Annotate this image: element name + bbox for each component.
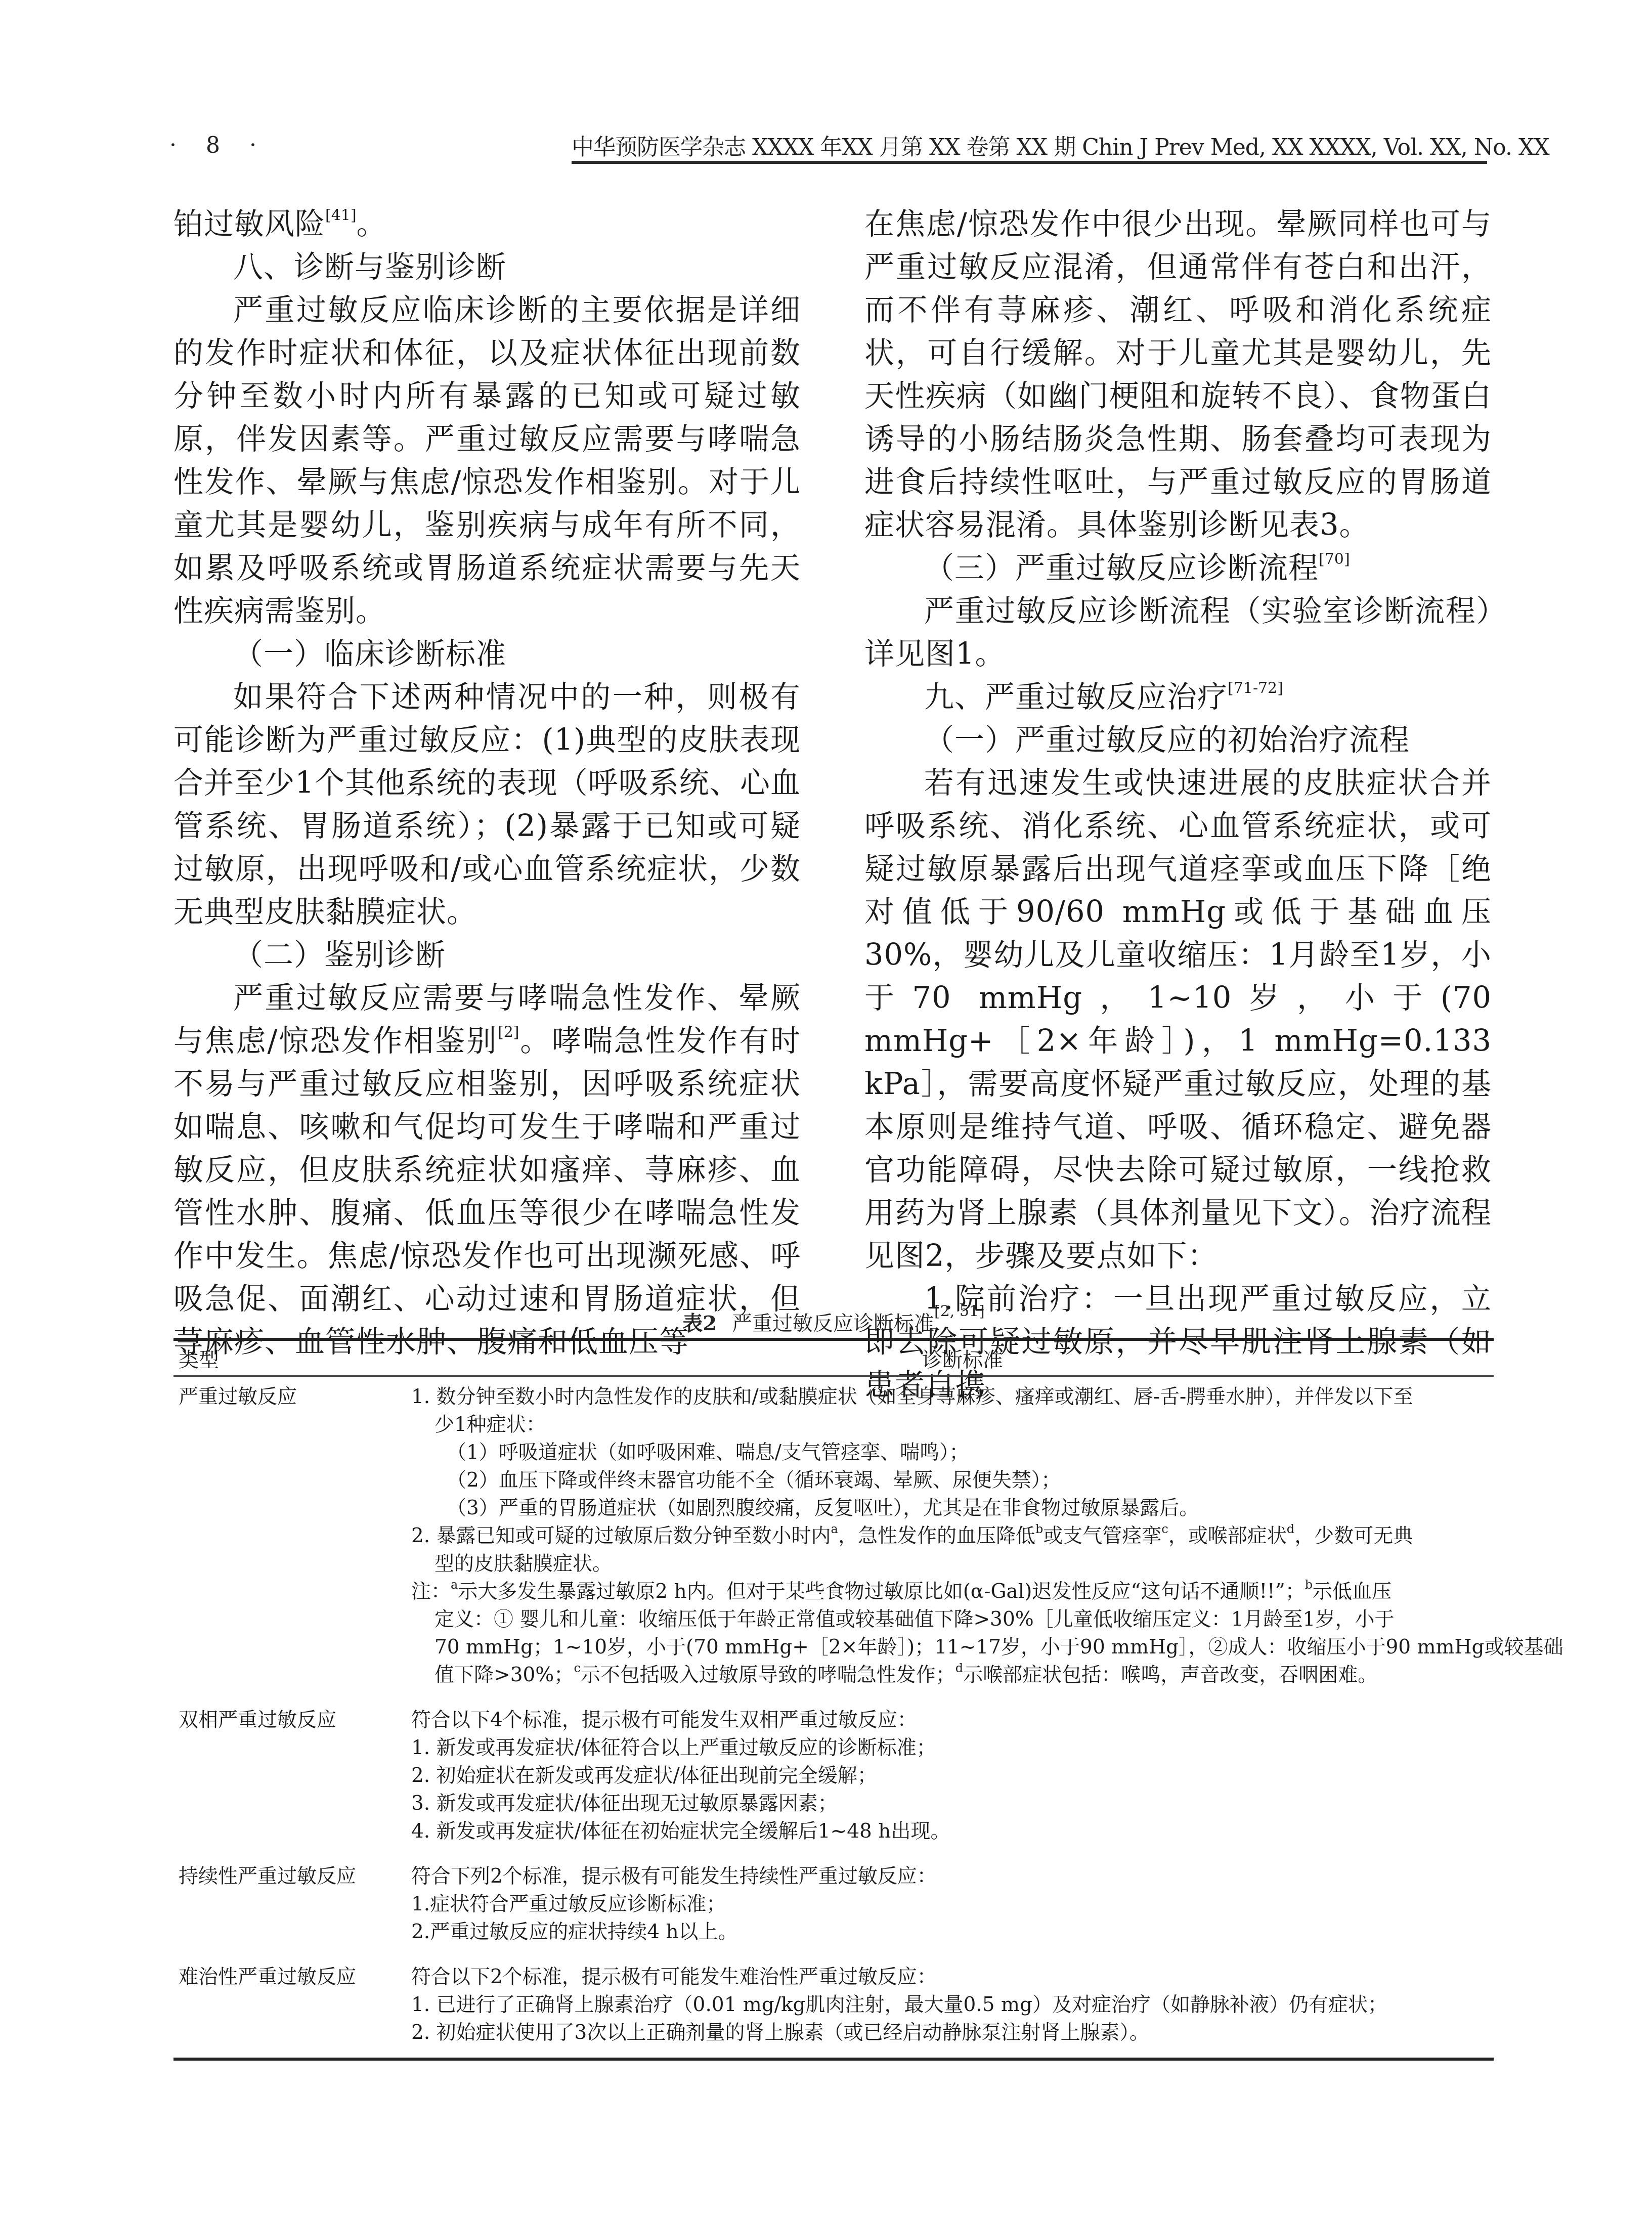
cell-type: 难治性严重过敏反应 [173,1963,411,2046]
cell-criteria: 符合以下4个标准，提示极有可能发生双相严重过敏反应：1. 新发或再发症状/体征符… [411,1706,1494,1845]
table-header-row: 类型 诊断标准 [173,1341,1494,1375]
column-header-criteria: 诊断标准 [431,1344,1494,1373]
paragraph-text: 严重过敏反应需要与哮喘急性发作、晕厥与焦虑/惊恐发作相鉴别 [173,980,801,1058]
criteria-line: 4. 新发或再发症状/体征在初始症状完全缓解后1~48 h出现。 [411,1817,1494,1845]
table-row: 持续性严重过敏反应符合下列2个标准，提示极有可能发生持续性严重过敏反应：1.症状… [173,1856,1494,1957]
table-bottom-rule [173,2058,1494,2061]
paragraph-text: （一）严重过敏反应的初始治疗流程 [924,722,1410,757]
left-paragraph: （二）鉴别诊断 [173,933,801,976]
criteria-line: 1. 已进行了正确肾上腺素治疗（0.01 mg/kg肌肉注射，最大量0.5 mg… [411,1991,1494,2019]
criteria-line: 70 mmHg；1~10岁，小于(70 mmHg+［2×年龄］)；11~17岁，… [411,1633,1563,1661]
page-header: · 8 · 中华预防医学杂志 XXXX 年XX 月第 XX 卷第 XX 期 Ch… [0,0,1652,162]
header-rule [572,161,1487,164]
left-paragraph: 严重过敏反应需要与哮喘急性发作、晕厥与焦虑/惊恐发作相鉴别[2]。哮喘急性发作有… [173,976,801,1363]
criteria-line: 1.症状符合严重过敏反应诊断标准； [411,1890,1494,1918]
criteria-line: 2.严重过敏反应的症状持续4 h以上。 [411,1918,1494,1946]
cell-criteria: 1. 数分钟至数小时内急性发作的皮肤和/或黏膜症状（如全身荨麻疹、瘙痒或潮红、唇… [411,1383,1563,1689]
table-number: 表2 [682,1312,717,1335]
paragraph-text: （二）鉴别诊断 [233,937,446,972]
table-row: 难治性严重过敏反应符合以下2个标准，提示极有可能发生难治性严重过敏反应：1. 已… [173,1957,1494,2058]
right-paragraph: 若有迅速发生或快速进展的皮肤症状合并呼吸系统、消化系统、心血管系统症状，或可疑过… [864,761,1492,1277]
right-column: 在焦虑/惊恐发作中很少出现。晕厥同样也可与严重过敏反应混淆，但通常伴有苍白和出汗… [864,202,1492,1406]
citation-ref: [2] [498,1023,519,1041]
right-paragraph: 九、严重过敏反应治疗[71-72] [864,675,1492,718]
journal-running-title: 中华预防医学杂志 XXXX 年XX 月第 XX 卷第 XX 期 Chin J P… [572,129,1487,161]
cell-type: 严重过敏反应 [173,1383,411,1689]
table-body: 严重过敏反应1. 数分钟至数小时内急性发作的皮肤和/或黏膜症状（如全身荨麻疹、瘙… [173,1377,1494,2058]
citation-ref: [41] [325,206,357,224]
criteria-line: 注：a示大多发生暴露过敏原2 h内。但对于某些食物过敏原比如(α-Gal)迟发性… [411,1578,1563,1605]
paragraph-text: 铂过敏风险 [173,206,325,241]
criteria-line: 2. 初始症状使用了3次以上正确剂量的肾上腺素（或已经启动静脉泵注射肾上腺素）。 [411,2019,1494,2046]
left-paragraph: 严重过敏反应临床诊断的主要依据是详细的发作时症状和体征，以及症状体征出现前数分钟… [173,288,801,632]
page-number: · 8 · [169,133,268,158]
criteria-line: 2. 暴露已知或可疑的过敏原后数分钟至数小时内a，急性发作的血压降低b或支气管痉… [411,1522,1563,1550]
criteria-line: （3）严重的胃肠道症状（如剧烈腹绞痛，反复呕吐），尤其是在非食物过敏原暴露后。 [411,1494,1563,1522]
paragraph-text: （三）严重过敏反应诊断流程 [924,550,1319,585]
paragraph-text: 如果符合下述两种情况中的一种，则极有可能诊断为严重过敏反应：(1)典型的皮肤表现… [173,679,801,929]
right-paragraph: （三）严重过敏反应诊断流程[70] [864,546,1492,589]
cell-type: 持续性严重过敏反应 [173,1862,411,1946]
cell-criteria: 符合以下2个标准，提示极有可能发生难治性严重过敏反应：1. 已进行了正确肾上腺素… [411,1963,1494,2046]
left-column: 铂过敏风险[41]。八、诊断与鉴别诊断严重过敏反应临床诊断的主要依据是详细的发作… [173,202,801,1363]
criteria-line: 符合下列2个标准，提示极有可能发生持续性严重过敏反应： [411,1862,1494,1890]
criteria-line: 符合以下2个标准，提示极有可能发生难治性严重过敏反应： [411,1963,1494,1991]
table-row: 双相严重过敏反应符合以下4个标准，提示极有可能发生双相严重过敏反应：1. 新发或… [173,1700,1494,1856]
left-paragraph: 铂过敏风险[41]。 [173,202,801,245]
criteria-line: （1）呼吸道症状（如呼吸困难、喘息/支气管痉挛、喘鸣）； [411,1438,1563,1466]
citation-ref: [70] [1319,550,1350,568]
paragraph-text: 在焦虑/惊恐发作中很少出现。晕厥同样也可与严重过敏反应混淆，但通常伴有苍白和出汗… [864,206,1492,542]
paragraph-text: 若有迅速发生或快速进展的皮肤症状合并呼吸系统、消化系统、心血管系统症状，或可疑过… [864,765,1492,1273]
table-caption: 表2严重过敏反应诊断标准[2, 51] [173,1307,1494,1336]
column-header-type: 类型 [173,1344,431,1373]
criteria-line: 2. 初始症状在新发或再发症状/体征出现前完全缓解； [411,1762,1494,1790]
paragraph-text: （一）临床诊断标准 [233,636,506,671]
criteria-line: 1. 数分钟至数小时内急性发作的皮肤和/或黏膜症状（如全身荨麻疹、瘙痒或潮红、唇… [411,1383,1563,1411]
criteria-line: 3. 新发或再发症状/体征出现无过敏原暴露因素； [411,1790,1494,1817]
criteria-line: 值下降>30%；c示不包括吸入过敏原导致的哮喘急性发作；d示喉部症状包括：喉鸣，… [411,1661,1563,1689]
paragraph-text: 八、诊断与鉴别诊断 [233,249,506,284]
criteria-line: 型的皮肤黏膜症状。 [411,1550,1563,1578]
left-paragraph: 如果符合下述两种情况中的一种，则极有可能诊断为严重过敏反应：(1)典型的皮肤表现… [173,675,801,933]
cell-criteria: 符合下列2个标准，提示极有可能发生持续性严重过敏反应：1.症状符合严重过敏反应诊… [411,1862,1494,1946]
right-paragraph: （一）严重过敏反应的初始治疗流程 [864,718,1492,761]
paragraph-text: 严重过敏反应临床诊断的主要依据是详细的发作时症状和体征，以及症状体征出现前数分钟… [173,292,801,628]
table-title: 严重过敏反应诊断标准 [732,1312,934,1335]
criteria-line: 1. 新发或再发症状/体征符合以上严重过敏反应的诊断标准； [411,1734,1494,1762]
criteria-line: 符合以下4个标准，提示极有可能发生双相严重过敏反应： [411,1706,1494,1734]
cell-type: 双相严重过敏反应 [173,1706,411,1845]
left-paragraph: 八、诊断与鉴别诊断 [173,245,801,288]
criteria-line: （2）血压下降或伴终末器官功能不全（循环衰竭、晕厥、尿便失禁）； [411,1466,1563,1494]
right-paragraph: 严重过敏反应诊断流程（实验室诊断流程）详见图1。 [864,589,1492,675]
right-paragraph: 在焦虑/惊恐发作中很少出现。晕厥同样也可与严重过敏反应混淆，但通常伴有苍白和出汗… [864,202,1492,546]
table-title-ref: [2, 51] [934,1302,985,1320]
diagnostic-criteria-table: 类型 诊断标准 严重过敏反应1. 数分钟至数小时内急性发作的皮肤和/或黏膜症状（… [173,1338,1494,2061]
criteria-line: 少1种症状： [411,1411,1563,1438]
citation-ref: [71-72] [1228,679,1283,697]
paragraph-text: 九、严重过敏反应治疗 [924,679,1228,714]
left-paragraph: （一）临床诊断标准 [173,632,801,675]
paragraph-text: 严重过敏反应诊断流程（实验室诊断流程）详见图1。 [864,593,1492,671]
table-row: 严重过敏反应1. 数分钟至数小时内急性发作的皮肤和/或黏膜症状（如全身荨麻疹、瘙… [173,1377,1494,1700]
criteria-line: 定义：① 婴儿和儿童：收缩压低于年龄正常值或较基础值下降>30%［儿童低收缩压定… [411,1605,1563,1633]
